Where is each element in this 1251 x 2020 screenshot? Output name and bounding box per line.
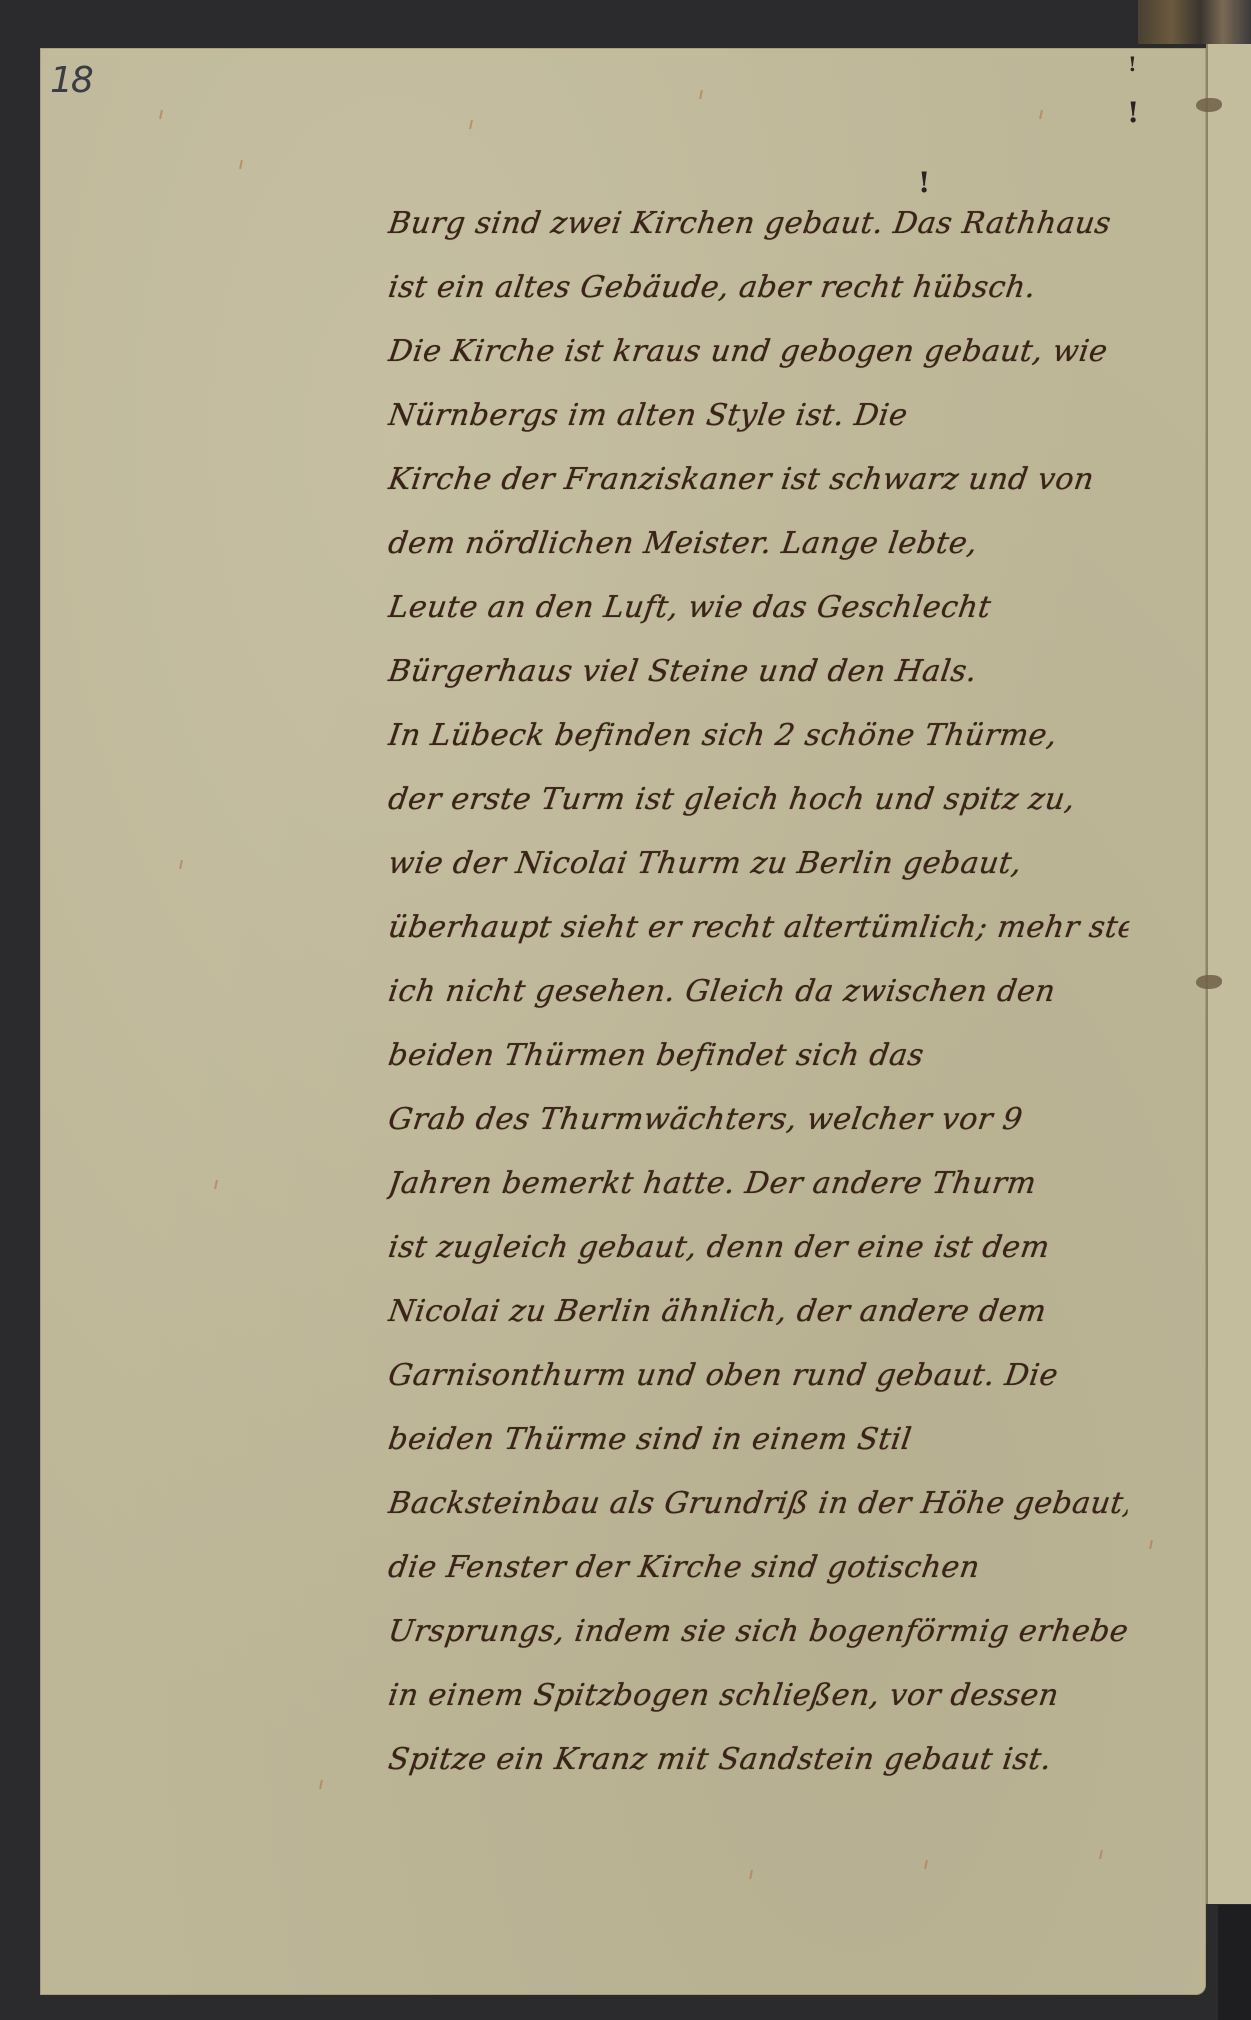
book-binding-edge (1138, 0, 1251, 44)
page-number: 18 (50, 60, 92, 101)
margin-mark: ! (918, 166, 930, 199)
text-line: Garnisonthurm und oben rund gebaut. Die (384, 1348, 1133, 1412)
margin-mark: ! (1127, 96, 1139, 129)
binding-tear-middle (1196, 975, 1222, 989)
text-line: der erste Turm ist gleich hoch und spitz… (384, 772, 1133, 836)
text-line: Burg sind zwei Kirchen gebaut. Das Rathh… (384, 196, 1133, 260)
text-line: Backsteinbau als Grundriß in der Höhe ge… (384, 1476, 1133, 1540)
text-line: Die Kirche ist kraus und gebogen gebaut,… (384, 324, 1133, 388)
text-line: ist zugleich gebaut, denn der eine ist d… (384, 1220, 1133, 1284)
scan-background-corner (1218, 1905, 1251, 2020)
text-line: Nürnbergs im alten Style ist. Die (384, 388, 1133, 452)
text-line: Nicolai zu Berlin ähnlich, der andere de… (384, 1284, 1133, 1348)
text-line: Kirche der Franziskaner ist schwarz und … (384, 452, 1133, 516)
text-line: In Lübeck befinden sich 2 schöne Thürme, (384, 708, 1133, 772)
text-line: Spitze ein Kranz mit Sandstein gebaut is… (384, 1732, 1133, 1796)
text-line: Jahren bemerkt hatte. Der andere Thurm (384, 1156, 1133, 1220)
binding-tear-top (1196, 98, 1222, 112)
text-line: beiden Thürmen befindet sich das (384, 1028, 1133, 1092)
text-line: dem nördlichen Meister. Lange lebte, (384, 516, 1133, 580)
margin-mark: ! (1128, 52, 1137, 76)
text-line: beiden Thürme sind in einem Stil (384, 1412, 1133, 1476)
handwritten-text-block: Burg sind zwei Kirchen gebaut. Das Rathh… (388, 196, 1128, 1796)
text-line: in einem Spitzbogen schließen, vor desse… (384, 1668, 1133, 1732)
text-line: Grab des Thurmwächters, welcher vor 9 (384, 1092, 1133, 1156)
text-line: ist ein altes Gebäude, aber recht hübsch… (384, 260, 1133, 324)
text-line: Bürgerhaus viel Steine und den Hals. (384, 644, 1133, 708)
text-line: Leute an den Luft, wie das Geschlecht (384, 580, 1133, 644)
text-line: überhaupt sieht er recht altertümlich; m… (384, 900, 1133, 964)
text-line: Ursprungs, indem sie sich bogenförmig er… (384, 1604, 1133, 1668)
adjacent-leaf-edge (1206, 44, 1251, 1904)
text-line: die Fenster der Kirche sind gotischen (384, 1540, 1133, 1604)
text-line: wie der Nicolai Thurm zu Berlin gebaut, (384, 836, 1133, 900)
text-line: ich nicht gesehen. Gleich da zwischen de… (384, 964, 1133, 1028)
